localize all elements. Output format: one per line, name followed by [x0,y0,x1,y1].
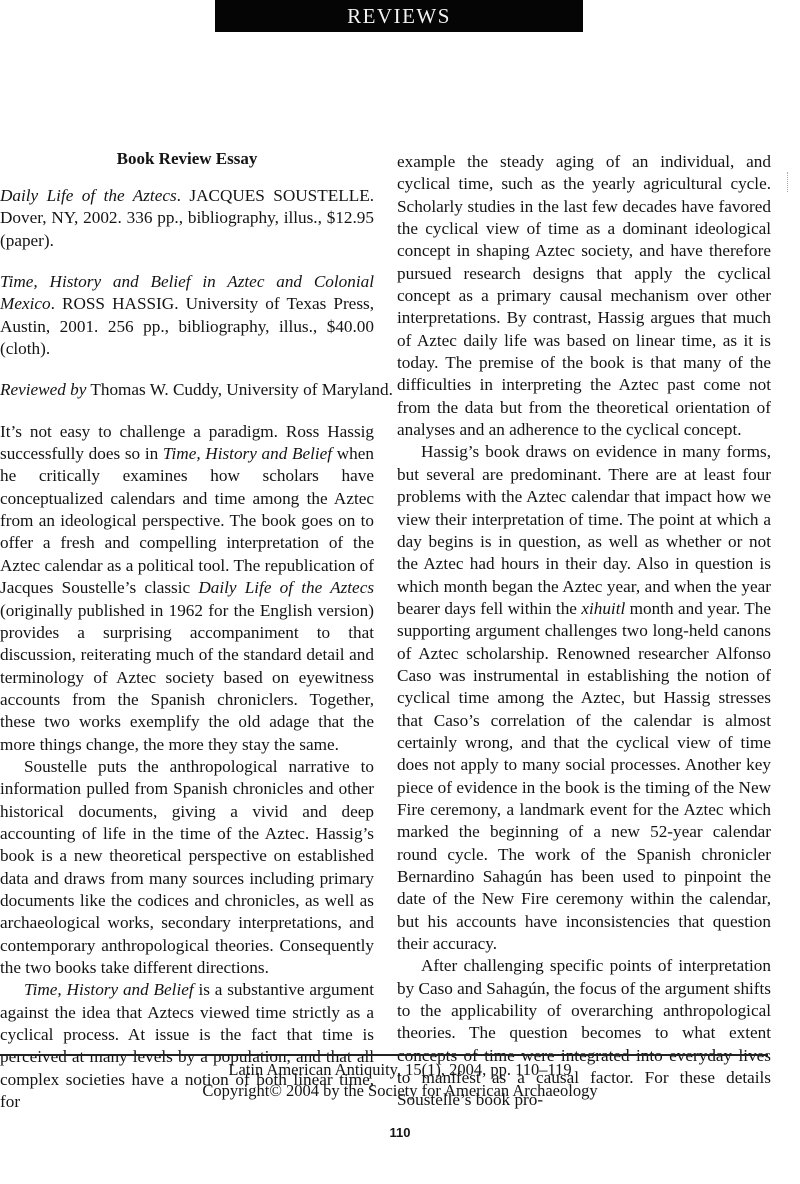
book-citation-1: Daily Life of the Aztecs. JACQUES SOUSTE… [0,185,374,252]
section-banner-label: REVIEWS [347,0,451,32]
book-author-2: ROSS HASSIG [62,294,174,313]
book-author-1: JACQUES SOUSTELLE [189,186,369,205]
journal-citation: Latin American Antiquity, 15(1), 2004, p… [0,1059,800,1080]
book-details-2: University of Texas Press, Austin, 2001.… [0,294,374,358]
right-column: example the steady aging of an individua… [397,151,771,1112]
margin-scan-mark [787,172,791,192]
text-run: when he critically examines how scholars… [0,444,374,597]
reviewer-name: Thomas W. Cuddy, University of Maryland. [90,380,393,399]
book-title-1: Daily Life of the Aztecs [0,186,177,205]
italic-text: Daily Life of the Aztecs [198,578,374,597]
body-paragraph: Soustelle puts the anthropological narra… [0,756,374,979]
text-run: Soustelle puts the anthropological narra… [0,757,374,977]
text-run: (originally published in 1962 for the En… [0,601,374,754]
copyright-notice: Copyright© 2004 by the Society for Ameri… [0,1080,800,1101]
italic-text: xihuitl [581,599,625,618]
text-run: example the steady aging of an individua… [397,152,771,439]
left-column: Book Review Essay Daily Life of the Azte… [0,148,374,1113]
reviewer-byline: Reviewed by Thomas W. Cuddy, University … [0,379,374,401]
reviewed-by-label: Reviewed by [0,380,86,399]
body-paragraph: It’s not easy to challenge a paradigm. R… [0,421,374,756]
footer-divider [0,1054,768,1056]
body-paragraph: Hassig’s book draws on evidence in many … [397,441,771,955]
italic-text: Time, History and Belief [24,980,194,999]
book-citation-2: Time, History and Belief in Aztec and Co… [0,271,374,360]
section-title: Book Review Essay [0,148,374,170]
body-paragraph: example the steady aging of an individua… [397,151,771,441]
left-body-text: It’s not easy to challenge a paradigm. R… [0,421,374,1114]
italic-text: Time, History and Belief [163,444,332,463]
text-run: month and year. The supporting argument … [397,599,771,953]
text-run: Hassig’s book draws on evidence in many … [397,442,771,617]
reviews-section-banner: REVIEWS [215,0,583,32]
book-details-1: Dover, NY, 2002. 336 pp., bibliography, … [0,208,374,249]
page-number: 110 [0,1125,800,1140]
